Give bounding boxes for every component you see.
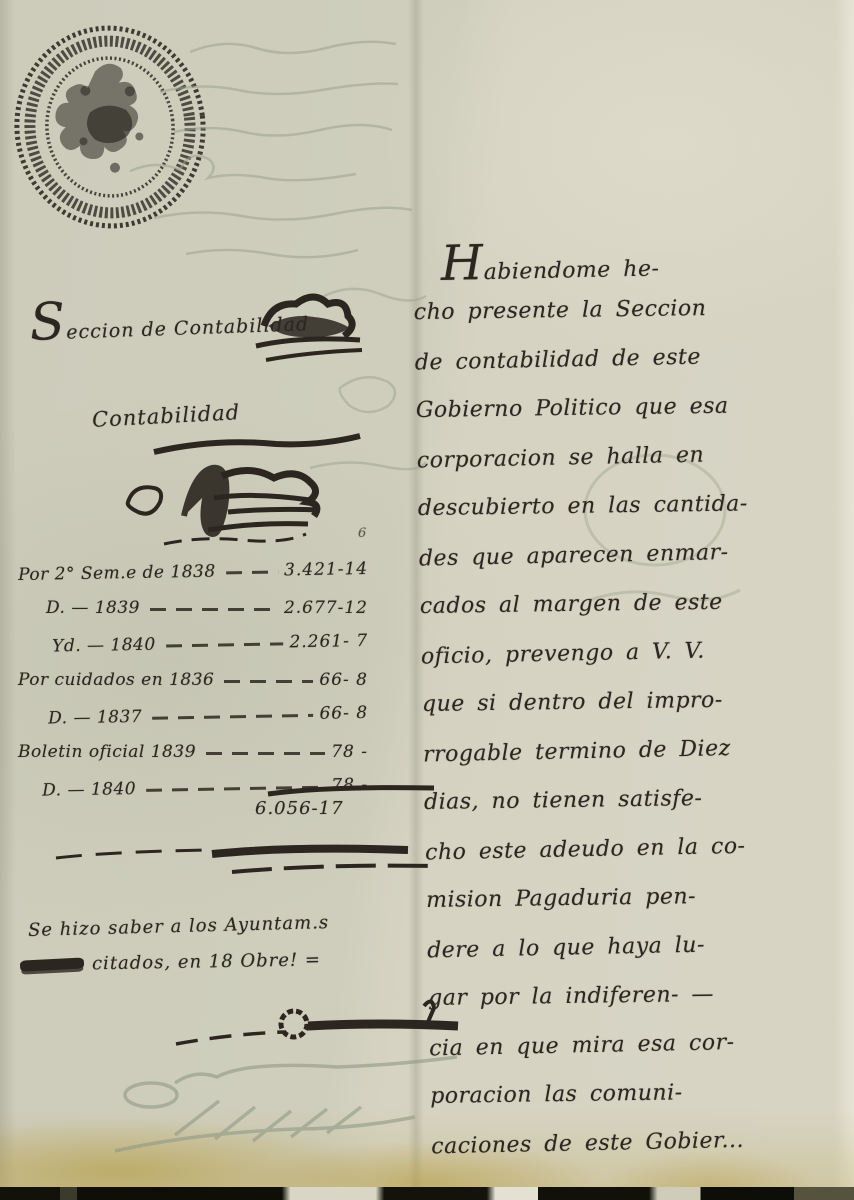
row-amount: 2.261- 7 xyxy=(289,631,368,652)
row-label: Por 2° Sem.e de 1838 xyxy=(18,562,216,585)
body-line: cho presente la Seccion xyxy=(413,282,842,337)
body-line: que si dentro del impro- xyxy=(422,674,851,729)
scan-bottom-edge xyxy=(0,1187,854,1200)
body-line: corporacion se halla en xyxy=(416,428,845,486)
bleedthrough-top xyxy=(130,28,450,278)
account-table: Por 2° Sem.e de 1838 3.421-14 D. — 1839 … xyxy=(18,546,368,798)
body-line: caciones de este Gobier... xyxy=(431,1113,854,1171)
dash-filler xyxy=(152,714,313,720)
row-label: D. — 1840 xyxy=(42,779,136,801)
rubric-flourish xyxy=(172,992,472,1062)
row-label: D. — 1839 xyxy=(46,598,140,618)
body-line: descubierto en las cantida- xyxy=(418,478,847,533)
body-line: oficio, prevengo a V. V. xyxy=(421,624,850,682)
total-underline-flourish xyxy=(52,840,442,882)
body-line: poracion las comuni- xyxy=(430,1066,854,1121)
dash-filler xyxy=(206,752,325,755)
table-row: D. — 1837 66- 8 xyxy=(18,687,369,729)
row-label: Yd. — 1840 xyxy=(52,635,156,657)
table-row: Boletin oficial 1839 78 - xyxy=(18,726,368,762)
row-label: Por cuidados en 1836 xyxy=(18,670,214,690)
body-line: cho este adeudo en la co- xyxy=(425,819,854,877)
ink-blot-flourish xyxy=(252,290,367,374)
total-amount: 6.056-17 xyxy=(255,798,344,819)
table-row: Yd. — 1840 2.261- 7 xyxy=(18,615,369,657)
number-scribble-blot xyxy=(118,446,348,554)
body-line: dias, no tienen satisfe- xyxy=(424,772,853,827)
dash-filler xyxy=(166,642,284,647)
dash-filler xyxy=(226,571,278,575)
row-amount: 3.421-14 xyxy=(284,559,368,580)
row-label: Boletin oficial 1839 xyxy=(18,742,196,762)
dash-filler xyxy=(224,680,313,683)
body-line: dere a lo que haya lu- xyxy=(427,917,854,975)
table-row: Por cuidados en 1836 66- 8 xyxy=(18,654,368,690)
sum-rule xyxy=(266,784,436,798)
body-line: des que aparecen enmar- xyxy=(418,526,847,584)
body-line: Gobierno Politico que esa xyxy=(416,380,845,435)
note-line-2-text: citados, en 18 Obre! = xyxy=(92,949,321,974)
manuscript-page: Seccion de Contabilidad Contabilidad 6 P… xyxy=(0,0,854,1200)
bleedthrough-signature xyxy=(55,1055,485,1170)
struck-out-word xyxy=(20,957,84,971)
body-line: mision Pagaduria pen- xyxy=(426,870,854,925)
note-line-1: Se hizo saber a los Ayuntam.s xyxy=(28,912,330,941)
body-text: Habiendome he- cho presente la Seccion d… xyxy=(412,232,854,1172)
body-line: gar por la indiferen- — xyxy=(428,968,854,1023)
table-row: D. — 1839 2.677-12 xyxy=(18,582,368,618)
subheading: Contabilidad xyxy=(91,400,240,432)
note-line-2: citados, en 18 Obre! = xyxy=(20,949,321,975)
body-line: de contabilidad de este xyxy=(414,330,843,388)
body-line: cados al margen de este xyxy=(420,576,849,631)
row-label: D. — 1837 xyxy=(48,707,142,729)
table-row: Por 2° Sem.e de 1838 3.421-14 xyxy=(18,543,369,585)
corner-pencil-mark: 6 xyxy=(358,526,367,541)
dash-filler xyxy=(150,608,278,611)
body-line: rrogable termino de Diez xyxy=(423,722,852,780)
body-line: cia en que mira esa cor- xyxy=(429,1015,854,1073)
body-line: Habiendome he- xyxy=(412,232,841,290)
row-amount: 66- 8 xyxy=(319,703,368,724)
